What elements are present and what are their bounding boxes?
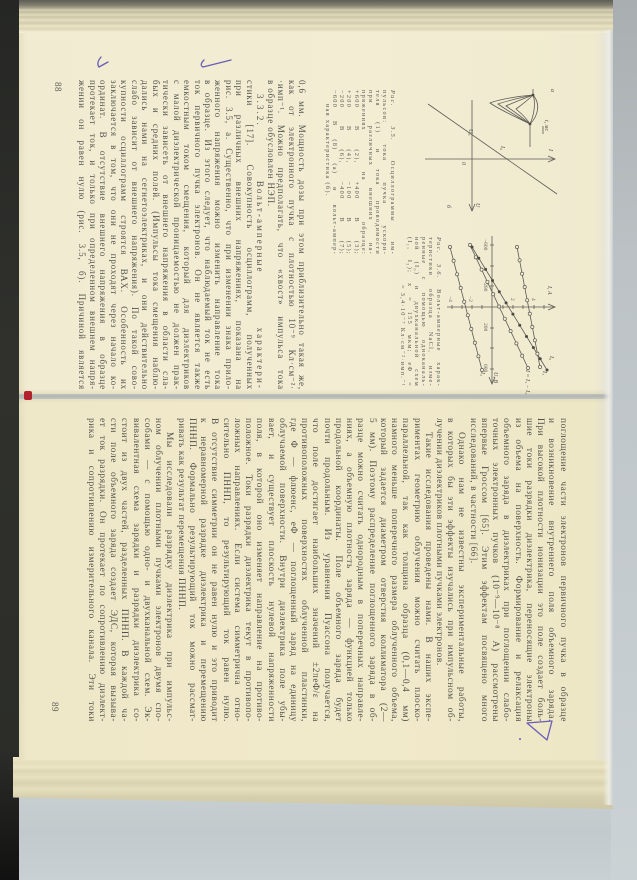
current-axis-label: I, A [546,285,552,295]
i0-label: I₀ [499,145,505,150]
panel-b-label: б [445,205,452,209]
u-tick-label: −600 [482,239,488,251]
pencil-v-mark-icon [527,721,552,740]
figure-3-6: I, A U, В −600 −200 200 600 −4 −2 2 4 I₀… [447,236,555,394]
series-label-i1: I₁ [541,370,547,375]
voltage-axis-label: U, В [492,372,498,383]
pencil-dot-icon [519,738,521,740]
voltage-axis-label: U [474,203,480,208]
i-tick-label: −4 [447,296,453,302]
series-label-i-difference: I = I₁ − I₂ [524,369,530,394]
current-axis-label: I [547,148,553,152]
u-tick-label: 200 [482,323,488,332]
time-axis-label: t, мс [543,120,549,131]
series-i-difference [468,243,529,369]
panel-a-label: а [549,89,555,92]
pencil-check-mark-icon [201,60,231,67]
series-label-i0: I₀ [548,355,554,360]
oscillogram-spindle [490,89,538,147]
series-i2 [448,245,483,371]
figure-3-5: а t, мс I U₀ I₀ 0 U б [425,89,557,211]
series-label-i2: I₂ [479,371,485,376]
i-tick-label: −2 [467,296,473,302]
volt-ampere-axes [425,100,557,211]
origin-label: 0 [460,162,466,165]
pencil-check-mark-icon [98,57,108,67]
i-tick-label: 2 [509,298,515,301]
u0-label: U₀ [467,129,473,135]
figures-overlay: а t, мс I U₀ I₀ 0 U б I, A U, В −600 −20… [0,0,637,880]
i-tick-label: 4 [530,298,536,301]
